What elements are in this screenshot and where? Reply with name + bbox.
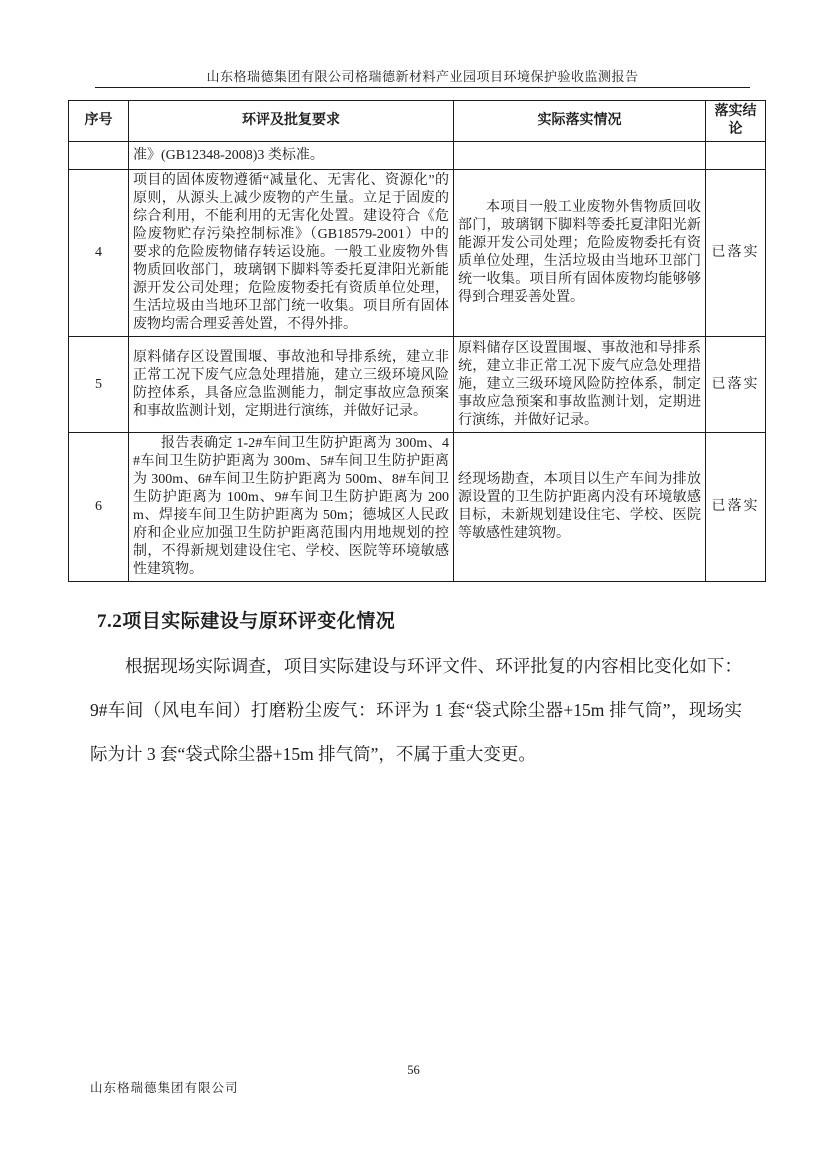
section-heading: 7.2项目实际建设与原环评变化情况 — [97, 606, 395, 633]
cell-no — [69, 142, 129, 170]
cell-conclusion: 已落实 — [706, 170, 766, 337]
cell-no: 5 — [69, 337, 129, 433]
cell-implementation — [454, 142, 706, 170]
footer-company: 山东格瑞德集团有限公司 — [90, 1078, 239, 1096]
header-rule — [95, 87, 750, 88]
cell-no: 4 — [69, 170, 129, 337]
table-row-4: 4 项目的固体废物遵循“减量化、无害化、资源化”的原则，从源头上减少废物的产生量… — [69, 170, 766, 337]
column-header-requirement: 环评及批复要求 — [129, 101, 454, 142]
cell-conclusion: 已落实 — [706, 433, 766, 582]
column-header-no: 序号 — [69, 101, 129, 142]
header-title: 山东格瑞德集团有限公司格瑞德新材料产业园项目环境保护验收监测报告 — [95, 66, 750, 85]
cell-requirement: 准》(GB12348-2008)3 类标准。 — [129, 142, 454, 170]
page-number: 56 — [0, 1063, 827, 1078]
cell-conclusion — [706, 142, 766, 170]
column-header-conclusion: 落实结论 — [706, 101, 766, 142]
table-row-continuation: 准》(GB12348-2008)3 类标准。 — [69, 142, 766, 170]
table-header-row: 序号 环评及批复要求 实际落实情况 落实结论 — [69, 101, 766, 142]
cell-implementation: 原料储存区设置围堰、事故池和导排系统，建立非正常工况下废气应急处理措施，建立三级… — [454, 337, 706, 433]
cell-implementation: 本项目一般工业废物外售物质回收部门，玻璃钢下脚料等委托夏津阳光新能源开发公司处理… — [454, 170, 706, 337]
cell-requirement: 原料储存区设置围堰、事故池和导排系统，建立非正常工况下废气应急处理措施，建立三级… — [129, 337, 454, 433]
cell-conclusion: 已落实 — [706, 337, 766, 433]
table-row-6: 6 报告表确定 1-2#车间卫生防护距离为 300m、4#车间卫生防护距离为 3… — [69, 433, 766, 582]
column-header-implementation: 实际落实情况 — [454, 101, 706, 142]
body-paragraph: 根据现场实际调查，项目实际建设与环评文件、环评批复的内容相比变化如下：9#车间（… — [90, 644, 742, 776]
review-table: 序号 环评及批复要求 实际落实情况 落实结论 准》(GB12348-2008)3… — [68, 100, 766, 582]
cell-requirement: 报告表确定 1-2#车间卫生防护距离为 300m、4#车间卫生防护距离为 300… — [129, 433, 454, 582]
cell-no: 6 — [69, 433, 129, 582]
table-row-5: 5 原料储存区设置围堰、事故池和导排系统，建立非正常工况下废气应急处理措施，建立… — [69, 337, 766, 433]
cell-requirement: 项目的固体废物遵循“减量化、无害化、资源化”的原则，从源头上减少废物的产生量。立… — [129, 170, 454, 337]
document-page: 山东格瑞德集团有限公司格瑞德新材料产业园项目环境保护验收监测报告 序号 环评及批… — [0, 0, 827, 1169]
cell-implementation: 经现场勘查，本项目以生产车间为排放源设置的卫生防护距离内没有环境敏感目标，未新规… — [454, 433, 706, 582]
